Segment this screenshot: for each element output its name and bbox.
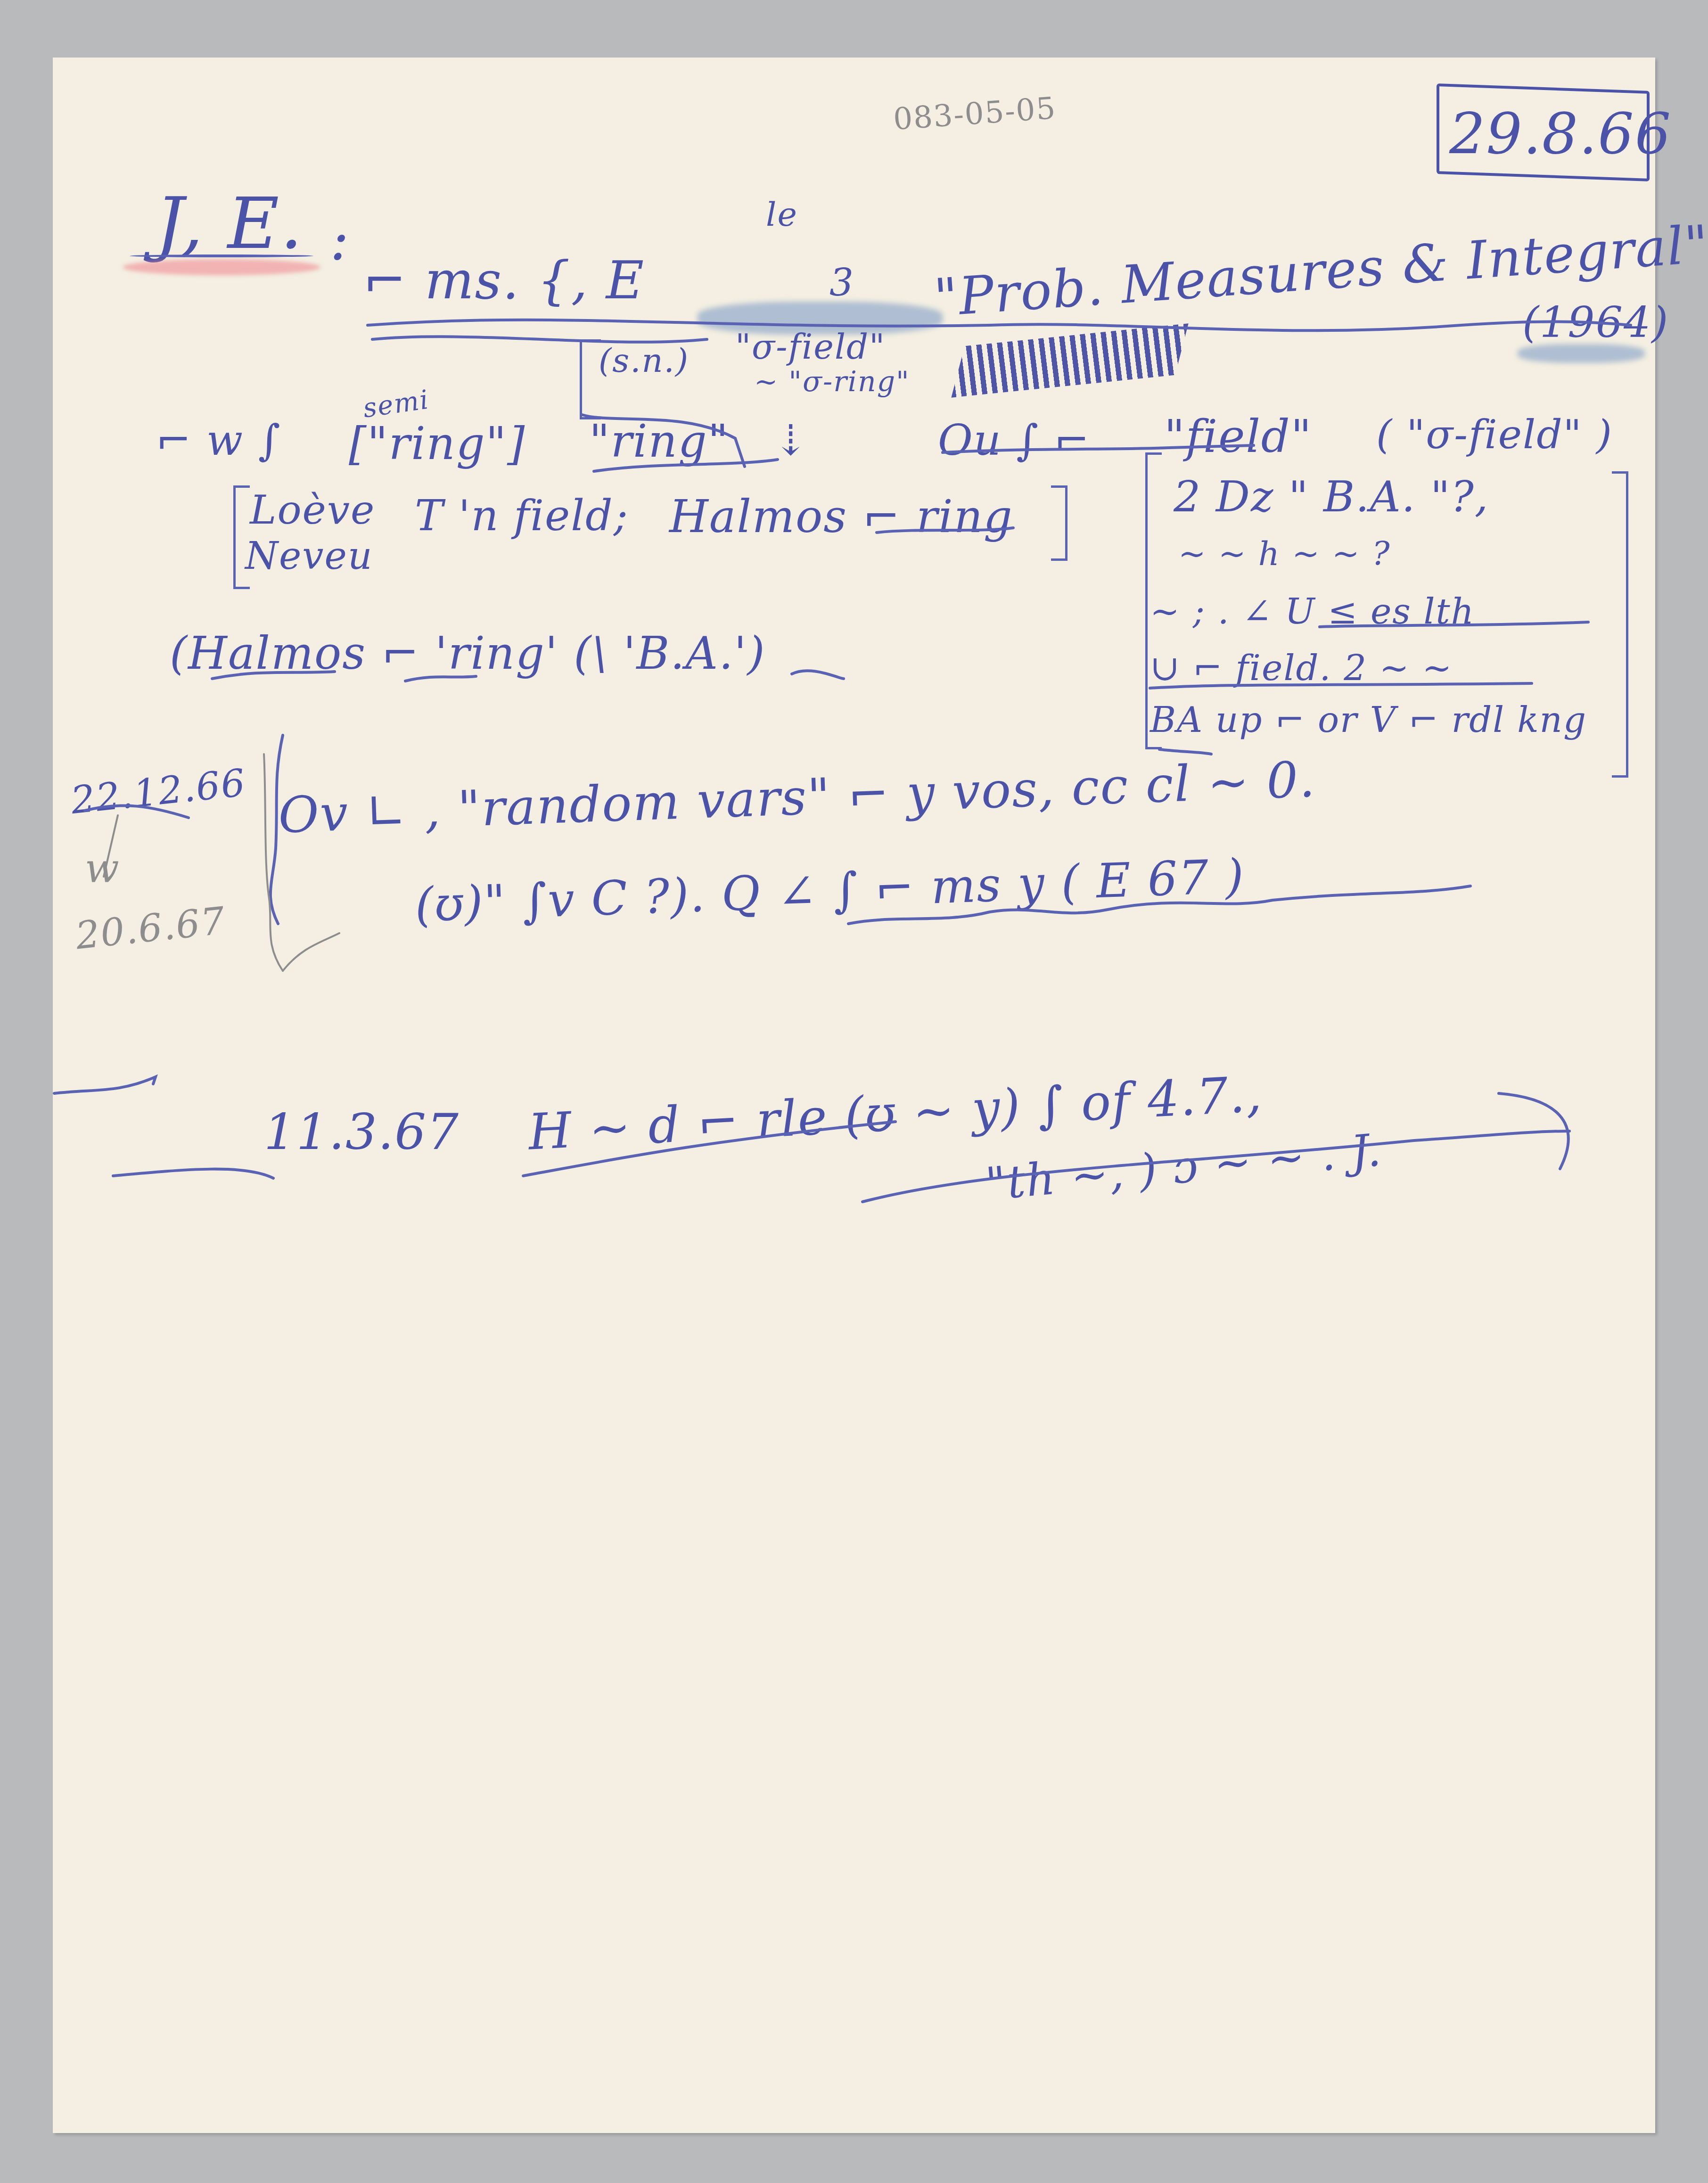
entry-date: 11.3.67 bbox=[264, 1108, 460, 1157]
bracket-abbr: (s.n.) bbox=[599, 344, 689, 377]
blue-smudge-2 bbox=[1518, 344, 1645, 363]
right-box-row: ~ ; . ∠ U ≤ es lth bbox=[1150, 594, 1475, 629]
line4-halmos: Halmos ⌐ ring bbox=[669, 495, 1013, 540]
right-box-right bbox=[1612, 471, 1628, 778]
right-box-row: ~ ~ h ~ ~ ? bbox=[1178, 537, 1390, 570]
book-year: (1964) bbox=[1522, 302, 1669, 344]
right-box-row: BA up ⌐ or V ⌐ rdl kng bbox=[1150, 702, 1587, 738]
right-box-row: ∪ ⌐ field. 2 ~ ~ bbox=[1150, 650, 1453, 686]
date-box-text: 29.8.66 bbox=[1449, 106, 1672, 163]
line3-field: "field" bbox=[1164, 415, 1312, 460]
line4-field: T 'n field; bbox=[415, 495, 629, 537]
line3-ring1: ["ring"] bbox=[349, 422, 526, 467]
right-box-row: 2 Dz " B.A. "?, bbox=[1174, 476, 1489, 518]
name-neveu: Neveu bbox=[245, 537, 373, 575]
bracket-note-frame bbox=[580, 339, 601, 419]
line3-mid: Ou ∫ ⌐ bbox=[938, 419, 1090, 462]
title-sup: le bbox=[766, 198, 798, 231]
name-loeve: Loève bbox=[250, 490, 375, 530]
heading-colon: : bbox=[330, 212, 350, 269]
heading: J, E. bbox=[156, 189, 304, 259]
halmos-bracket bbox=[1051, 485, 1067, 561]
sigma-field: "σ-field" bbox=[735, 330, 886, 364]
pencil-mark: w bbox=[85, 848, 120, 888]
title-lead: ⌐ ms. {, E bbox=[363, 254, 645, 306]
sigma-ring: ~ "σ-ring" bbox=[754, 368, 910, 396]
line3-ring2: "ring" bbox=[589, 419, 729, 464]
line5-text: (Halmos ⌐ 'ring' (\ 'B.A.') bbox=[170, 632, 766, 676]
title-sub: 3 bbox=[829, 264, 854, 302]
line3-paren: ( "σ-field" ) bbox=[1376, 415, 1613, 455]
line3-arrow: ⇣ bbox=[773, 419, 809, 462]
pink-underline bbox=[123, 259, 320, 275]
heading-underline bbox=[130, 254, 313, 257]
line3-lead: ⌐ w ∫ bbox=[156, 419, 281, 462]
